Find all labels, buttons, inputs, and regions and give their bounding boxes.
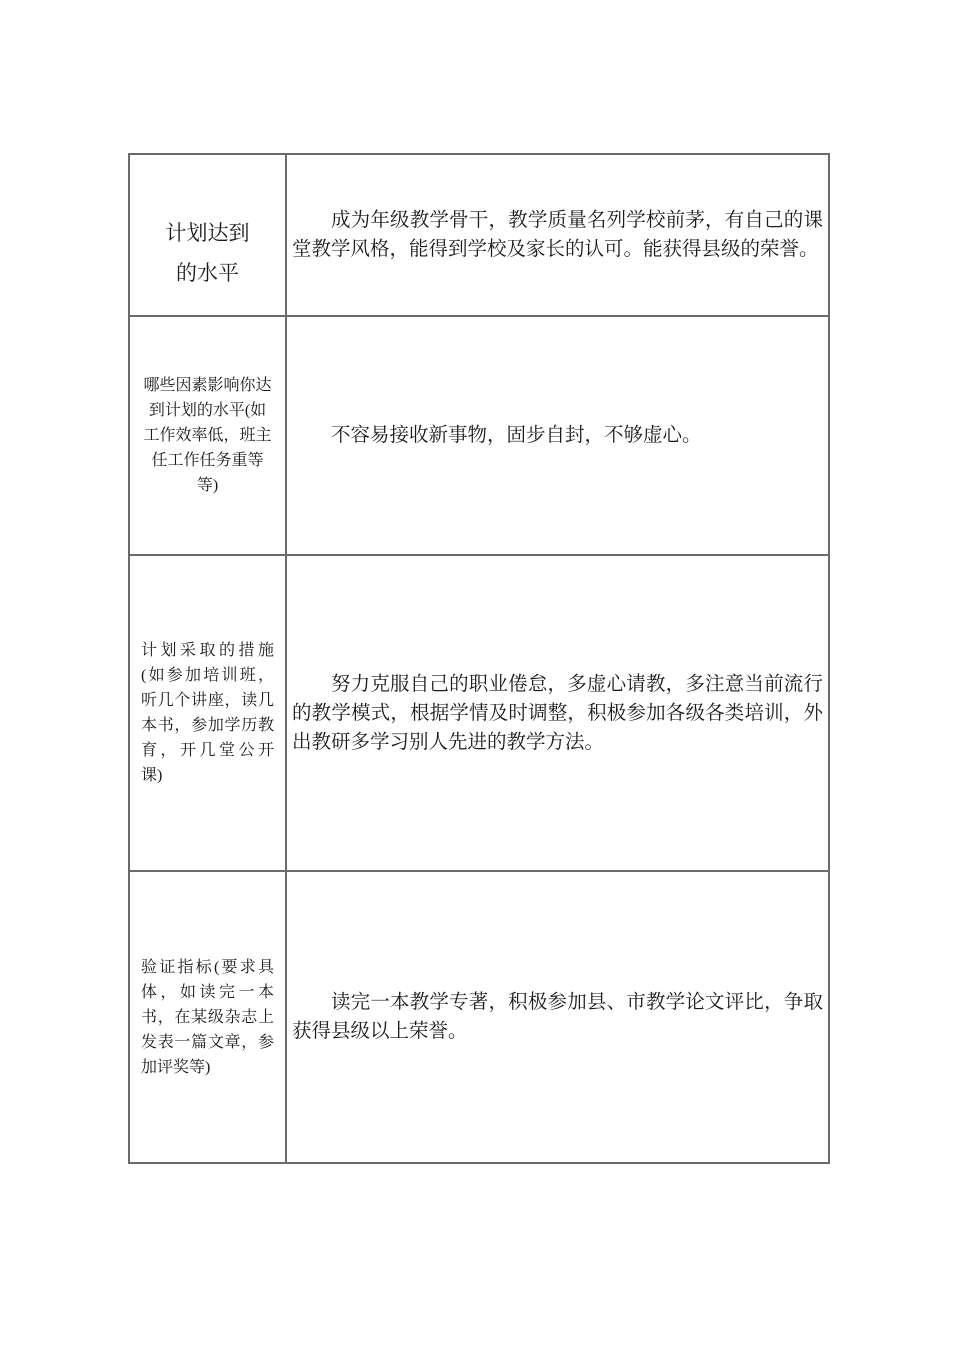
planned-measures-content-cell: 努力克服自己的职业倦怠，多虚心请教，多注意当前流行的教学模式，根据学情及时调整，…	[287, 556, 828, 870]
planned-level-content: 成为年级教学骨干，教学质量名列学校前茅，有自己的课堂教学风格，能得到学校及家长的…	[292, 206, 823, 264]
planned-measures-label-cell: 计划采取的措施(如参加培训班，听几个讲座，读几本书，参加学历教育，开几堂公开课)	[130, 556, 287, 870]
document-page: 计划达到 的水平 成为年级教学骨干，教学质量名列学校前茅，有自己的课堂教学风格，…	[0, 0, 960, 1357]
verification-indicators-label-cell: 验证指标(要求具体，如读完一本书，在某级杂志上发表一篇文章，参加评奖等)	[130, 872, 287, 1162]
planned-level-content-cell: 成为年级教学骨干，教学质量名列学校前茅，有自己的课堂教学风格，能得到学校及家长的…	[287, 155, 828, 315]
planned-measures-content: 努力克服自己的职业倦怠，多虚心请教，多注意当前流行的教学模式，根据学情及时调整，…	[292, 670, 823, 757]
planned-level-label-cell: 计划达到 的水平	[130, 155, 287, 315]
verification-indicators-label: 验证指标(要求具体，如读完一本书，在某级杂志上发表一篇文章，参加评奖等)	[141, 955, 274, 1080]
influencing-factors-label-cell: 哪些因素影响你达到计划的水平(如工作效率低，班主任工作任务重等等)	[130, 317, 287, 554]
development-plan-table: 计划达到 的水平 成为年级教学骨干，教学质量名列学校前茅，有自己的课堂教学风格，…	[128, 153, 830, 1164]
influencing-factors-content-cell: 不容易接收新事物，固步自封，不够虚心。	[287, 317, 828, 554]
table-row-influencing-factors: 哪些因素影响你达到计划的水平(如工作效率低，班主任工作任务重等等) 不容易接收新…	[130, 315, 828, 554]
verification-indicators-content-cell: 读完一本教学专著，积极参加县、市教学论文评比，争取获得县级以上荣誉。	[287, 872, 828, 1162]
verification-indicators-content: 读完一本教学专著，积极参加县、市教学论文评比，争取获得县级以上荣誉。	[292, 988, 823, 1046]
planned-measures-label: 计划采取的措施(如参加培训班，听几个讲座，读几本书，参加学历教育，开几堂公开课)	[141, 638, 274, 788]
planned-level-label: 计划达到 的水平	[138, 213, 278, 293]
influencing-factors-label: 哪些因素影响你达到计划的水平(如工作效率低，班主任工作任务重等等)	[141, 373, 274, 498]
table-row-verification-indicators: 验证指标(要求具体，如读完一本书，在某级杂志上发表一篇文章，参加评奖等) 读完一…	[130, 870, 828, 1162]
table-row-planned-level: 计划达到 的水平 成为年级教学骨干，教学质量名列学校前茅，有自己的课堂教学风格，…	[130, 155, 828, 315]
influencing-factors-content: 不容易接收新事物，固步自封，不够虚心。	[292, 421, 823, 450]
table-row-planned-measures: 计划采取的措施(如参加培训班，听几个讲座，读几本书，参加学历教育，开几堂公开课)…	[130, 554, 828, 870]
